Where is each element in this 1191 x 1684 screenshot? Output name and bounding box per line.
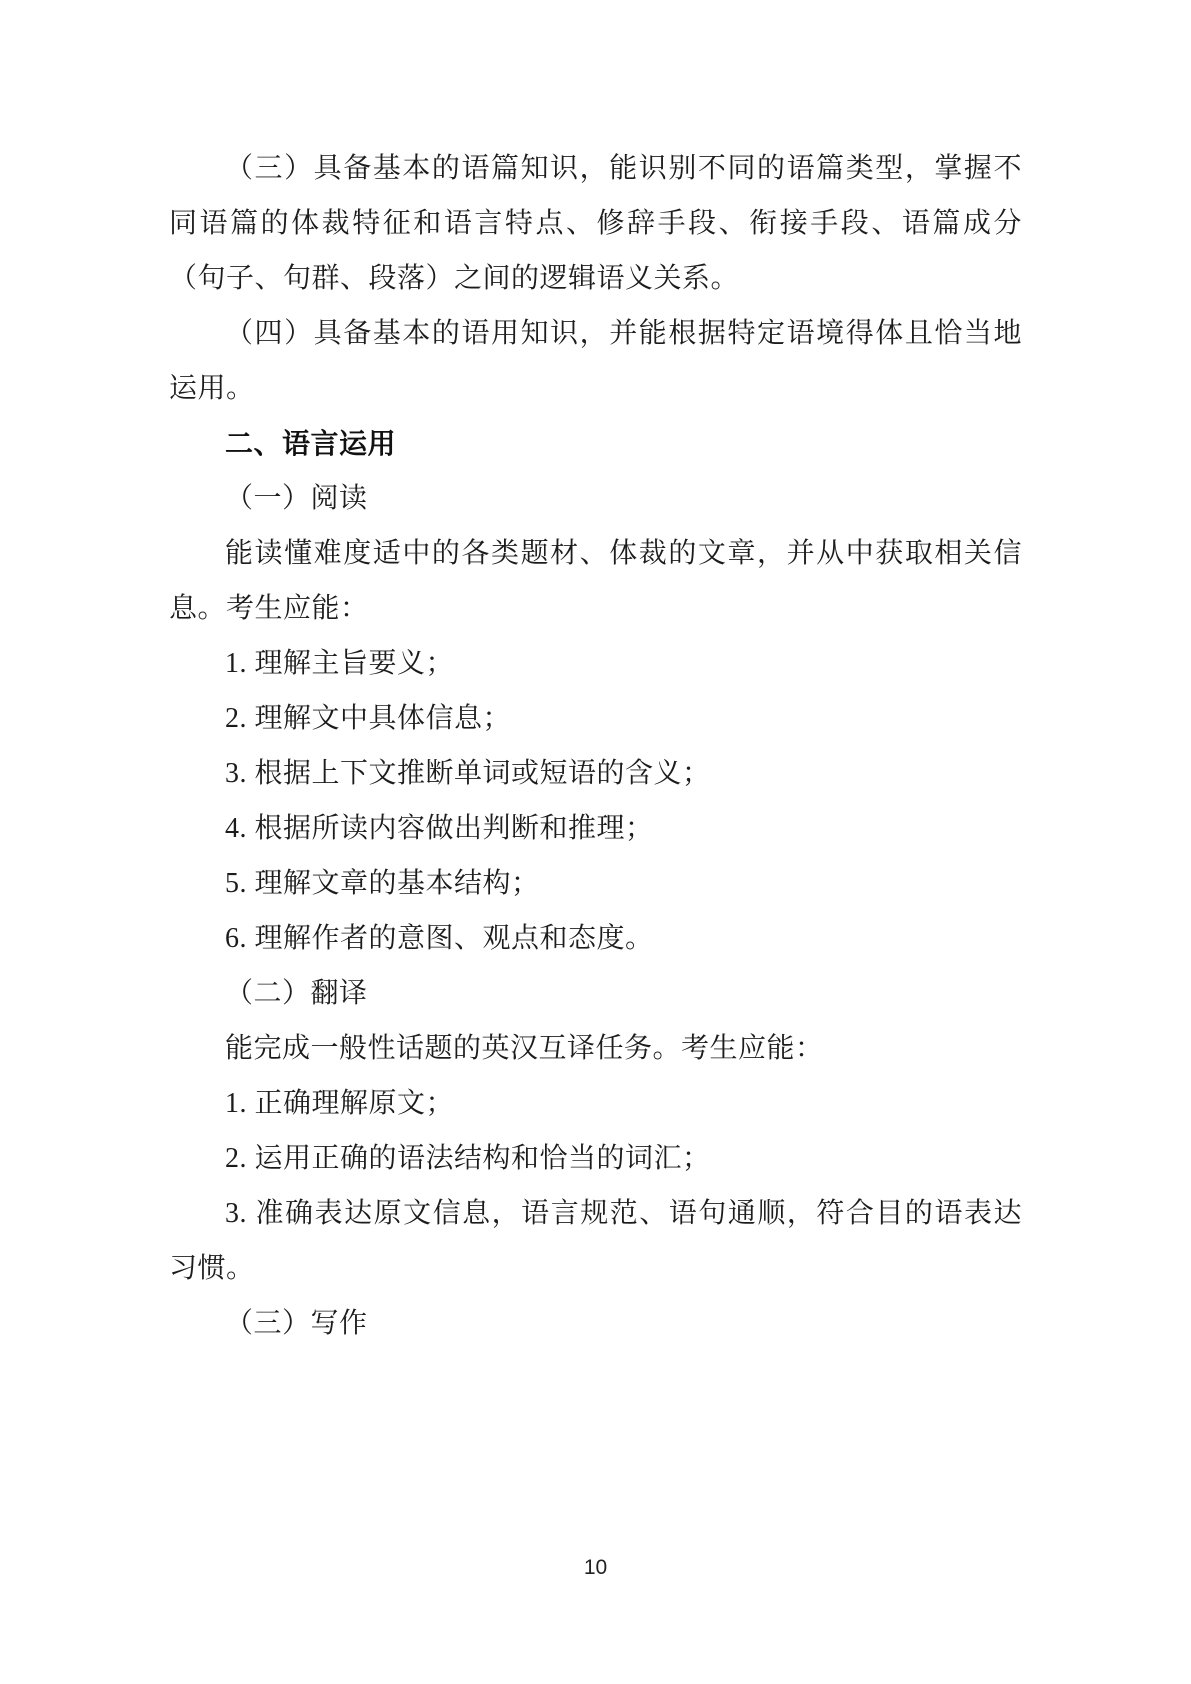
- subsection-heading: （二）翻译: [169, 966, 1022, 1021]
- clause-paragraph: （三）具备基本的语篇知识，能识别不同的语篇类型，掌握不同语篇的体裁特征和语言特点…: [169, 141, 1022, 306]
- list-item: 3. 根据上下文推断单词或短语的含义；: [169, 746, 1022, 801]
- page-footer: 10: [0, 1556, 1191, 1580]
- body-paragraph: 能完成一般性话题的英汉互译任务。考生应能：: [169, 1021, 1022, 1076]
- list-item: 1. 理解主旨要义；: [169, 636, 1022, 691]
- list-item: 1. 正确理解原文；: [169, 1076, 1022, 1131]
- list-item: 3. 准确表达原文信息，语言规范、语句通顺，符合目的语表达习惯。: [169, 1186, 1022, 1296]
- document-content: （三）具备基本的语篇知识，能识别不同的语篇类型，掌握不同语篇的体裁特征和语言特点…: [169, 141, 1022, 1351]
- body-paragraph: 能读懂难度适中的各类题材、体裁的文章，并从中获取相关信息。考生应能：: [169, 526, 1022, 636]
- list-item: 2. 运用正确的语法结构和恰当的词汇；: [169, 1131, 1022, 1186]
- subsection-heading: （一）阅读: [169, 471, 1022, 526]
- document-page: （三）具备基本的语篇知识，能识别不同的语篇类型，掌握不同语篇的体裁特征和语言特点…: [0, 0, 1191, 1684]
- list-item: 5. 理解文章的基本结构；: [169, 856, 1022, 911]
- clause-paragraph: （四）具备基本的语用知识，并能根据特定语境得体且恰当地运用。: [169, 306, 1022, 416]
- section-heading: 二、语言运用: [169, 416, 1022, 471]
- subsection-heading: （三）写作: [169, 1296, 1022, 1351]
- page-number: 10: [584, 1556, 607, 1579]
- list-item: 4. 根据所读内容做出判断和推理；: [169, 801, 1022, 856]
- list-item: 6. 理解作者的意图、观点和态度。: [169, 911, 1022, 966]
- list-item: 2. 理解文中具体信息；: [169, 691, 1022, 746]
